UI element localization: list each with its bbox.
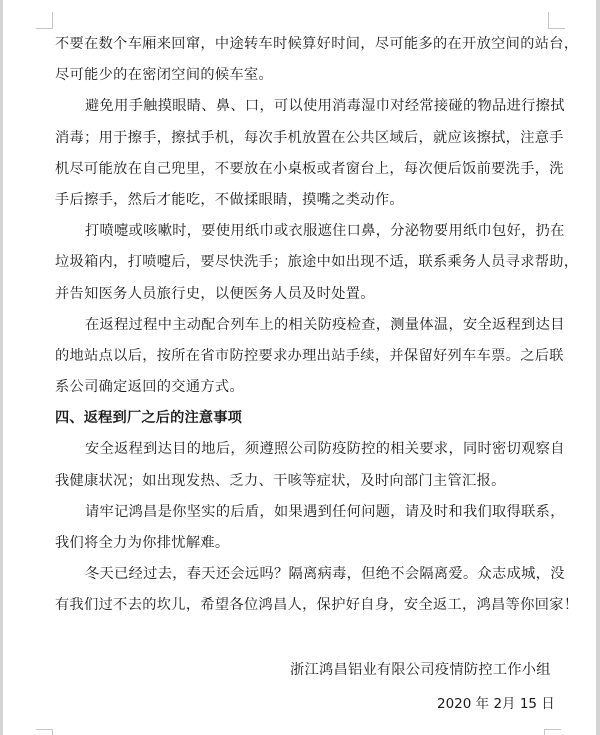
page-left-edge	[0, 0, 3, 735]
paragraph-return-check: 在返程过程中主动配合列车上的相关防疫检查，测量体温，安全返程到达目 的地站点以后…	[55, 310, 550, 404]
text-line: 手后擦手，然后才能吃，不做揉眼睛，摸嘴之类动作。	[55, 185, 550, 216]
text-line: 有我们过不去的坎儿，希望各位鸿昌人，保护好自身，安全返工，鸿昌等你回家！	[55, 590, 550, 621]
text-line: 机尽可能放在自己兜里，不要放在小桌板或者窗台上，每次便后饭前要洗手，洗	[55, 154, 550, 185]
text-line: 在返程过程中主动配合列车上的相关防疫检查，测量体温，安全返程到达目	[55, 310, 550, 341]
document-date: 2020 年 2月 15 日	[437, 692, 555, 712]
crop-mark-bottom-left	[36, 729, 53, 735]
text-line: 尽可能少的在密闭空间的候车室。	[55, 60, 550, 91]
text-line: 消毒；用于擦手，擦拭手机，每次手机放置在公共区域后，就应该擦拭，注意手	[55, 123, 550, 154]
text-line: 并告知医务人员旅行史，以便医务人员及时处置。	[55, 279, 550, 310]
signature: 浙江鸿昌铝业有限公司疫情防控工作小组	[290, 659, 551, 679]
text-line: 冬天已经过去，春天还会远吗？隔离病毒，但绝不会隔离爱。众志成城，没	[55, 559, 550, 590]
text-line: 安全返程到达目的地后，须遵照公司防疫防控的相关要求，同时密切观察自	[55, 434, 550, 465]
paragraph-closing: 冬天已经过去，春天还会远吗？隔离病毒，但绝不会隔离爱。众志成城，没 有我们过不去…	[55, 559, 550, 621]
text-line: 我健康状况；如出现发热、乏力、干咳等症状，及时向部门主管汇报。	[55, 466, 550, 497]
document-body: 不要在数个车厢来回窜，中途转车时候算好时间，尽可能多的在开放空间的站台， 尽可能…	[55, 29, 550, 622]
text-line: 系公司确定返回的交通方式。	[55, 372, 550, 403]
text-line: 打喷嚏或咳嗽时，要使用纸巾或衣服遮住口鼻，分泌物要用纸巾包好，扔在	[55, 216, 550, 247]
crop-mark-top-right	[548, 12, 565, 29]
paragraph-sneeze: 打喷嚏或咳嗽时，要使用纸巾或衣服遮住口鼻，分泌物要用纸巾包好，扔在 垃圾箱内，打…	[55, 216, 550, 310]
section-heading: 四、返程到厂之后的注意事项	[55, 403, 550, 434]
crop-mark-bottom-right	[544, 729, 561, 735]
paragraph-support: 请牢记鸿昌是你坚实的后盾，如果遇到任何问题，请及时和我们取得联系， 我们将全力为…	[55, 497, 550, 559]
text-line: 我们将全力为你排忧解难。	[55, 528, 550, 559]
crop-mark-top-left	[36, 12, 53, 29]
paragraph-transit: 不要在数个车厢来回窜，中途转车时候算好时间，尽可能多的在开放空间的站台， 尽可能…	[55, 29, 550, 91]
page-right-edge	[596, 0, 600, 735]
text-line: 的地站点以后，按所在省市防控要求办理出站手续，并保留好列车车票。之后联	[55, 341, 550, 372]
text-line: 不要在数个车厢来回窜，中途转车时候算好时间，尽可能多的在开放空间的站台，	[55, 29, 550, 60]
text-line: 垃圾箱内，打喷嚏后，要尽快洗手；旅途中如出现不适，联系乘务人员寻求帮助，	[55, 247, 550, 278]
text-line: 请牢记鸿昌是你坚实的后盾，如果遇到任何问题，请及时和我们取得联系，	[55, 497, 550, 528]
text-line: 避免用手触摸眼睛、鼻、口，可以使用消毒湿巾对经常接碰的物品进行擦拭	[55, 91, 550, 122]
paragraph-hygiene: 避免用手触摸眼睛、鼻、口，可以使用消毒湿巾对经常接碰的物品进行擦拭 消毒；用于擦…	[55, 91, 550, 216]
paragraph-arrival: 安全返程到达目的地后，须遵照公司防疫防控的相关要求，同时密切观察自 我健康状况；…	[55, 434, 550, 496]
